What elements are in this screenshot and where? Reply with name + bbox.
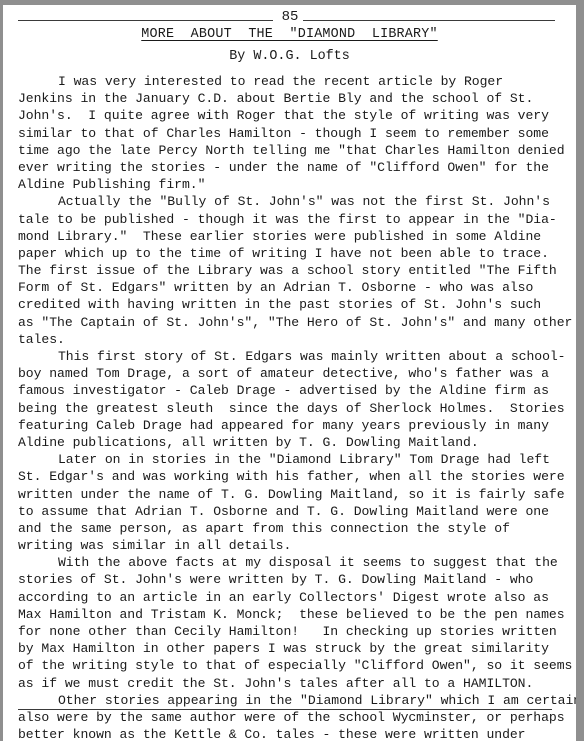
text-line: Later on in stories in the "Diamond Libr… <box>18 451 563 468</box>
text-line: for none other than Cecily Hamilton! In … <box>18 623 563 640</box>
text-line: according to an article in an early Coll… <box>18 589 563 606</box>
text-line: tales. <box>18 331 563 348</box>
text-line: Actually the "Bully of St. John's" was n… <box>18 193 563 210</box>
text-line: and the same person, as apart from this … <box>18 520 563 537</box>
text-line: being the greatest sleuth since the days… <box>18 400 563 417</box>
text-line: tale to be published - though it was the… <box>18 211 563 228</box>
text-line: writing was similar in all details. <box>18 537 563 554</box>
text-line: stories of St. John's were written by T.… <box>18 571 563 588</box>
article-title-text: MORE ABOUT THE "DIAMOND LIBRARY" <box>141 27 438 42</box>
footer-rule <box>18 709 552 710</box>
text-line: Other stories appearing in the "Diamond … <box>18 692 563 709</box>
text-line: time ago the late Percy North telling me… <box>18 142 563 159</box>
text-line: credited with having written in the past… <box>18 296 563 313</box>
text-line: Aldine Publishing firm." <box>18 176 563 193</box>
article-byline: By W.O.G. Lofts <box>3 49 576 64</box>
text-line: featuring Caleb Drage had appeared for m… <box>18 417 563 434</box>
article-body: I was very interested to read the recent… <box>18 73 563 741</box>
text-line: ever writing the stories - under the nam… <box>18 159 563 176</box>
text-line: similar to that of Charles Hamilton - th… <box>18 125 563 142</box>
text-line: boy named Tom Drage, a sort of amateur d… <box>18 365 563 382</box>
text-line: written under the name of T. G. Dowling … <box>18 486 563 503</box>
text-line: This first story of St. Edgars was mainl… <box>18 348 563 365</box>
text-line: With the above facts at my disposal it s… <box>18 554 563 571</box>
text-line: of the writing style to that of especial… <box>18 657 563 674</box>
text-line: Form of St. Edgars" written by an Adrian… <box>18 279 563 296</box>
text-line: Aldine publications, all written by T. G… <box>18 434 563 451</box>
text-line: as "The Captain of St. John's", "The Her… <box>18 314 563 331</box>
text-line: Max Hamilton and Tristam K. Monck; these… <box>18 606 563 623</box>
text-line: also were by the same author were of the… <box>18 709 563 726</box>
article-title: MORE ABOUT THE "DIAMOND LIBRARY" <box>3 27 576 42</box>
text-line: famous investigator - Caleb Drage - adve… <box>18 382 563 399</box>
text-line: better known as the Kettle & Co. tales -… <box>18 726 563 741</box>
text-line: by Max Hamilton in other papers I was st… <box>18 640 563 657</box>
text-line: Jenkins in the January C.D. about Bertie… <box>18 90 563 107</box>
header-rule-right <box>303 20 555 21</box>
text-line: as if we must credit the St. John's tale… <box>18 675 563 692</box>
document-page: 85 MORE ABOUT THE "DIAMOND LIBRARY" By W… <box>3 5 576 741</box>
header-rule-left <box>18 20 273 21</box>
text-line: St. Edgar's and was working with his fat… <box>18 468 563 485</box>
text-line: I was very interested to read the recent… <box>18 73 563 90</box>
page-number: 85 <box>277 9 303 25</box>
text-line: John's. I quite agree with Roger that th… <box>18 107 563 124</box>
text-line: mond Library." These earlier stories wer… <box>18 228 563 245</box>
text-line: paper which up to the time of writing I … <box>18 245 563 262</box>
page-header: 85 <box>18 6 555 26</box>
text-line: The first issue of the Library was a sch… <box>18 262 563 279</box>
text-line: to assume that Adrian T. Osborne and T. … <box>18 503 563 520</box>
